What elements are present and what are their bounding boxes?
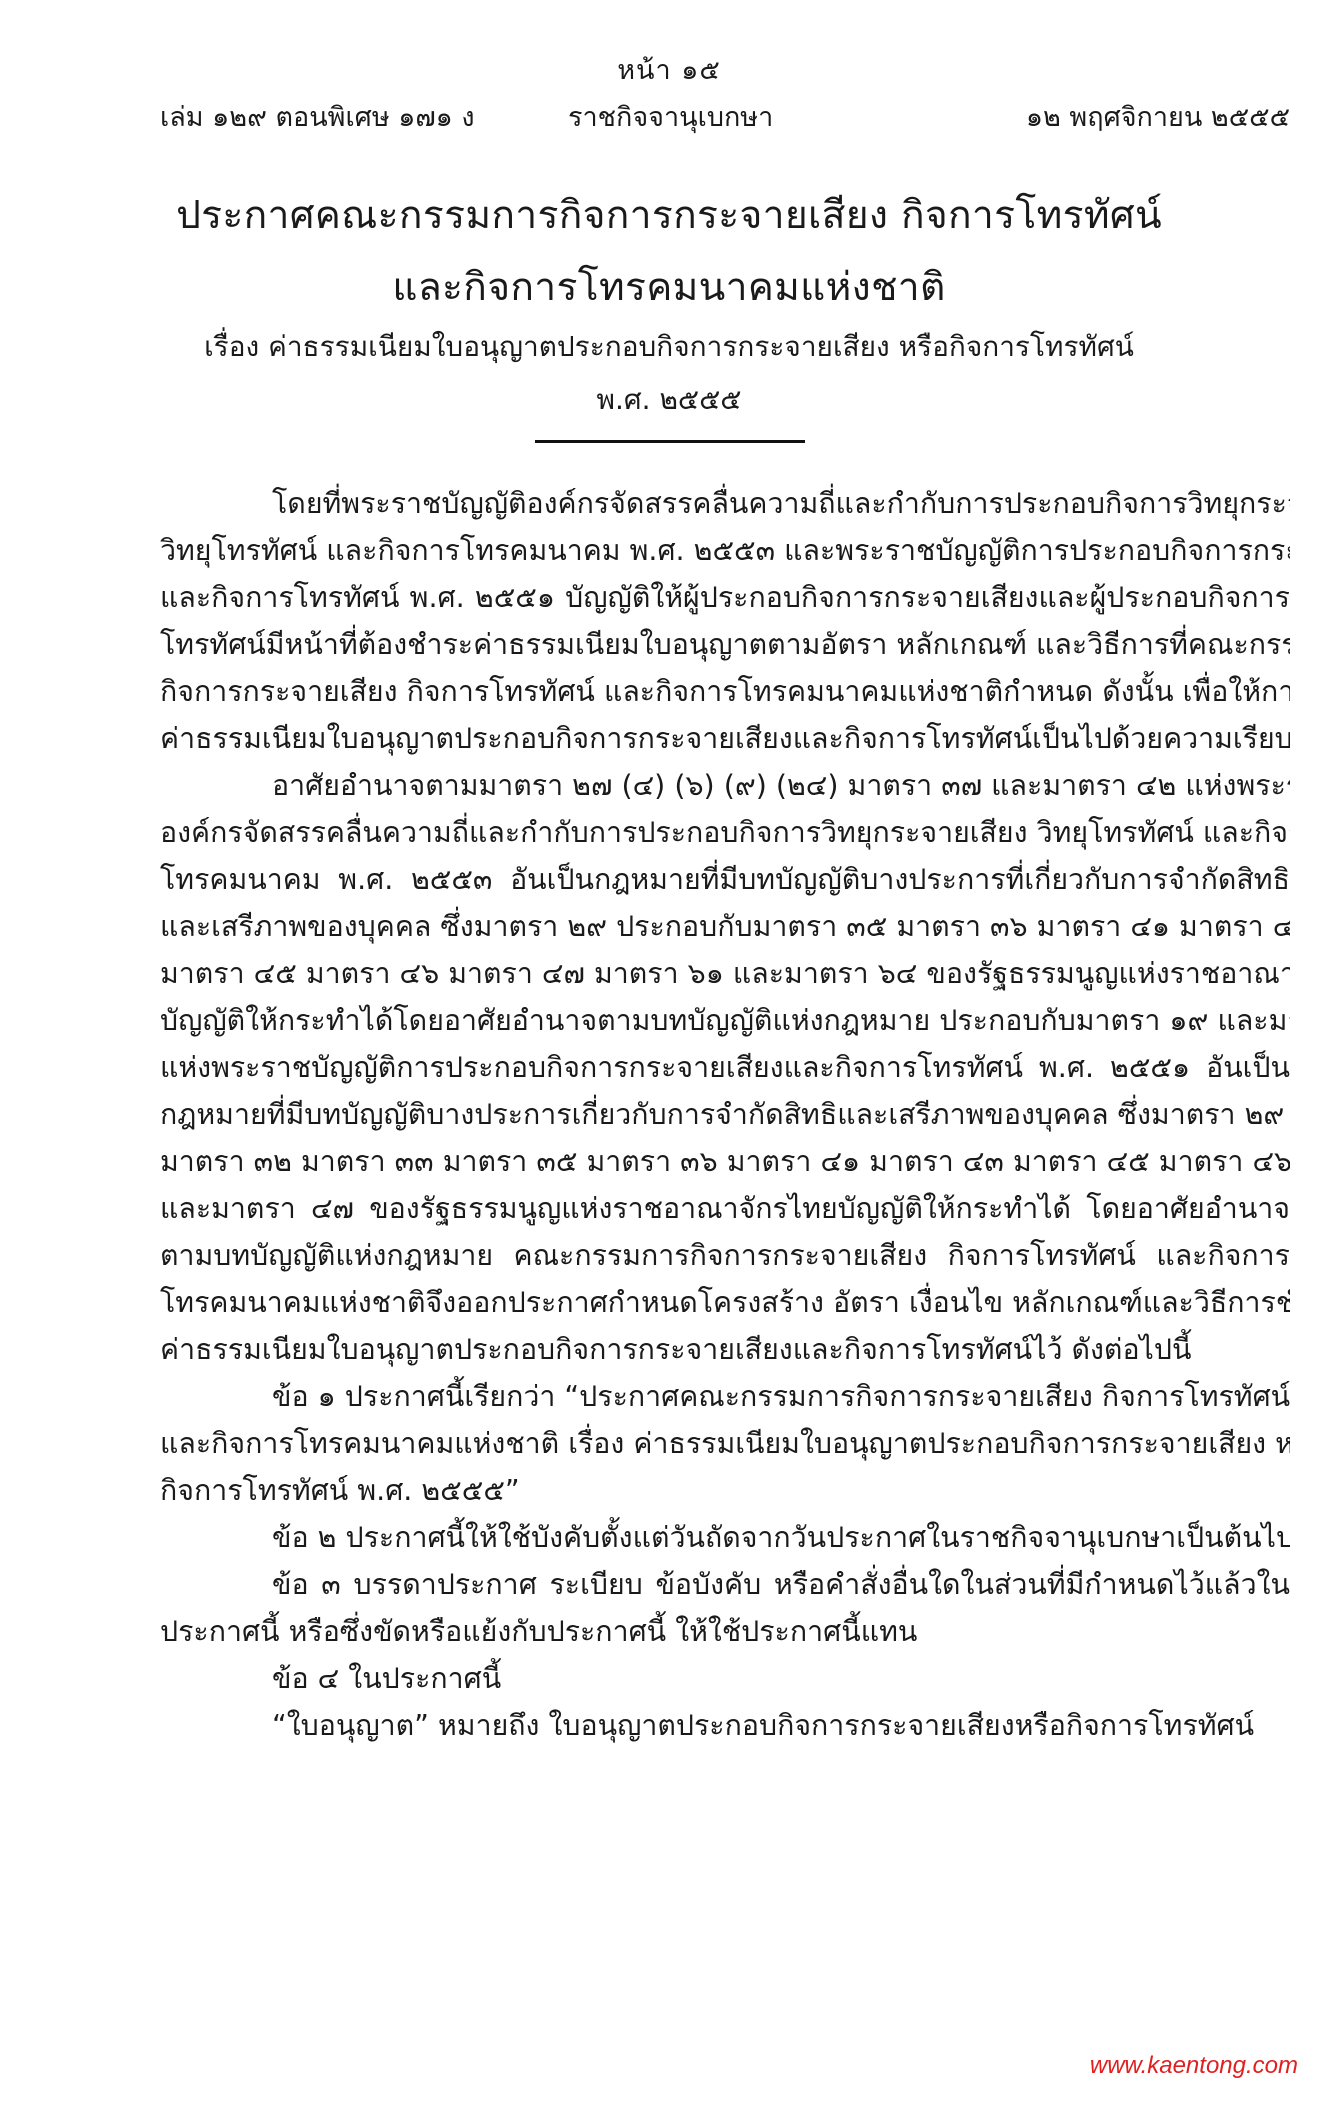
body-text-line: และเสรีภาพของบุคคล ซึ่งมาตรา ๒๙ ประกอบกั… — [160, 903, 1290, 950]
body-text-line: ข้อ ๑ ประกาศนี้เรียกว่า “ประกาศคณะกรรมกา… — [160, 1373, 1290, 1420]
announcement-title-line2: และกิจการโทรคมนาคมแห่งชาติ — [0, 256, 1338, 318]
body-text-line: อาศัยอำนาจตามมาตรา ๒๗ (๔) (๖) (๙) (๒๔) ม… — [160, 762, 1290, 809]
body-text-line: ข้อ ๓ บรรดาประกาศ ระเบียบ ข้อบังคับ หรือ… — [160, 1561, 1290, 1608]
body-text-line: ตามบทบัญญัติแห่งกฎหมาย คณะกรรมการกิจการก… — [160, 1232, 1290, 1279]
body-text-line: และกิจการโทรคมนาคมแห่งชาติ เรื่อง ค่าธรร… — [160, 1420, 1290, 1467]
watermark-url: www.kaentong.com — [1090, 2052, 1298, 2080]
body-text-line: “ใบอนุญาต” หมายถึง ใบอนุญาตประกอบกิจการก… — [160, 1702, 1290, 1749]
body-text-line: ข้อ ๔ ในประกาศนี้ — [160, 1655, 1290, 1702]
body-text-line: โทรคมนาคม พ.ศ. ๒๕๕๓ อันเป็นกฎหมายที่มีบท… — [160, 856, 1290, 903]
body-text-line: ค่าธรรมเนียมใบอนุญาตประกอบกิจการกระจายเส… — [160, 715, 1290, 762]
body-text-line: ข้อ ๒ ประกาศนี้ให้ใช้บังคับตั้งแต่วันถัด… — [160, 1514, 1290, 1561]
body-text-line: และกิจการโทรทัศน์ พ.ศ. ๒๕๕๑ บัญญัติให้ผู… — [160, 574, 1290, 621]
body-text-line: บัญญัติให้กระทำได้โดยอาศัยอำนาจตามบทบัญญ… — [160, 997, 1290, 1044]
announcement-title-line1: ประกาศคณะกรรมการกิจการกระจายเสียง กิจการ… — [0, 184, 1338, 246]
gazette-page: หน้า ๑๕ เล่ม ๑๒๙ ตอนพิเศษ ๑๗๑ ง ราชกิจจา… — [0, 0, 1338, 2102]
publication-name: ราชกิจจานุเบกษา — [568, 95, 773, 138]
body-text-line: และมาตรา ๔๗ ของรัฐธรรมนูญแห่งราชอาณาจักร… — [160, 1185, 1290, 1232]
body-text-line: มาตรา ๔๕ มาตรา ๔๖ มาตรา ๔๗ มาตรา ๖๑ และม… — [160, 950, 1290, 997]
body-text-line: กฎหมายที่มีบทบัญญัติบางประการเกี่ยวกับกา… — [160, 1091, 1290, 1138]
body-text-line: แห่งพระราชบัญญัติการประกอบกิจการกระจายเส… — [160, 1044, 1290, 1091]
page-number: หน้า ๑๕ — [0, 48, 1338, 91]
announcement-subject: เรื่อง ค่าธรรมเนียมใบอนุญาตประกอบกิจการก… — [0, 325, 1338, 369]
body-text-line: ประกาศนี้ หรือซึ่งขัดหรือแย้งกับประกาศนี… — [160, 1608, 1290, 1655]
body-text-line: กิจการโทรทัศน์ พ.ศ. ๒๕๕๕” — [160, 1467, 1290, 1514]
body-text-line: ค่าธรรมเนียมใบอนุญาตประกอบกิจการกระจายเส… — [160, 1326, 1290, 1373]
body-text-line: องค์กรจัดสรรคลื่นความถี่และกำกับการประกอ… — [160, 809, 1290, 856]
body-text-line: โดยที่พระราชบัญญัติองค์กรจัดสรรคลื่นความ… — [160, 480, 1290, 527]
publication-date: ๑๒ พฤศจิกายน ๒๕๕๕ — [1026, 95, 1290, 138]
body-text-line: โทรทัศน์มีหน้าที่ต้องชำระค่าธรรมเนียมใบอ… — [160, 621, 1290, 668]
volume-issue: เล่ม ๑๒๙ ตอนพิเศษ ๑๗๑ ง — [160, 95, 475, 138]
body-text-line: โทรคมนาคมแห่งชาติจึงออกประกาศกำหนดโครงสร… — [160, 1279, 1290, 1326]
announcement-year: พ.ศ. ๒๕๕๕ — [0, 378, 1338, 422]
body-text-line: มาตรา ๓๒ มาตรา ๓๓ มาตรา ๓๕ มาตรา ๓๖ มาตร… — [160, 1138, 1290, 1185]
title-divider — [535, 440, 805, 443]
body-text-line: กิจการกระจายเสียง กิจการโทรทัศน์ และกิจก… — [160, 668, 1290, 715]
body-text-line: วิทยุโทรทัศน์ และกิจการโทรคมนาคม พ.ศ. ๒๕… — [160, 527, 1290, 574]
document-body: โดยที่พระราชบัญญัติองค์กรจัดสรรคลื่นความ… — [160, 480, 1290, 1749]
